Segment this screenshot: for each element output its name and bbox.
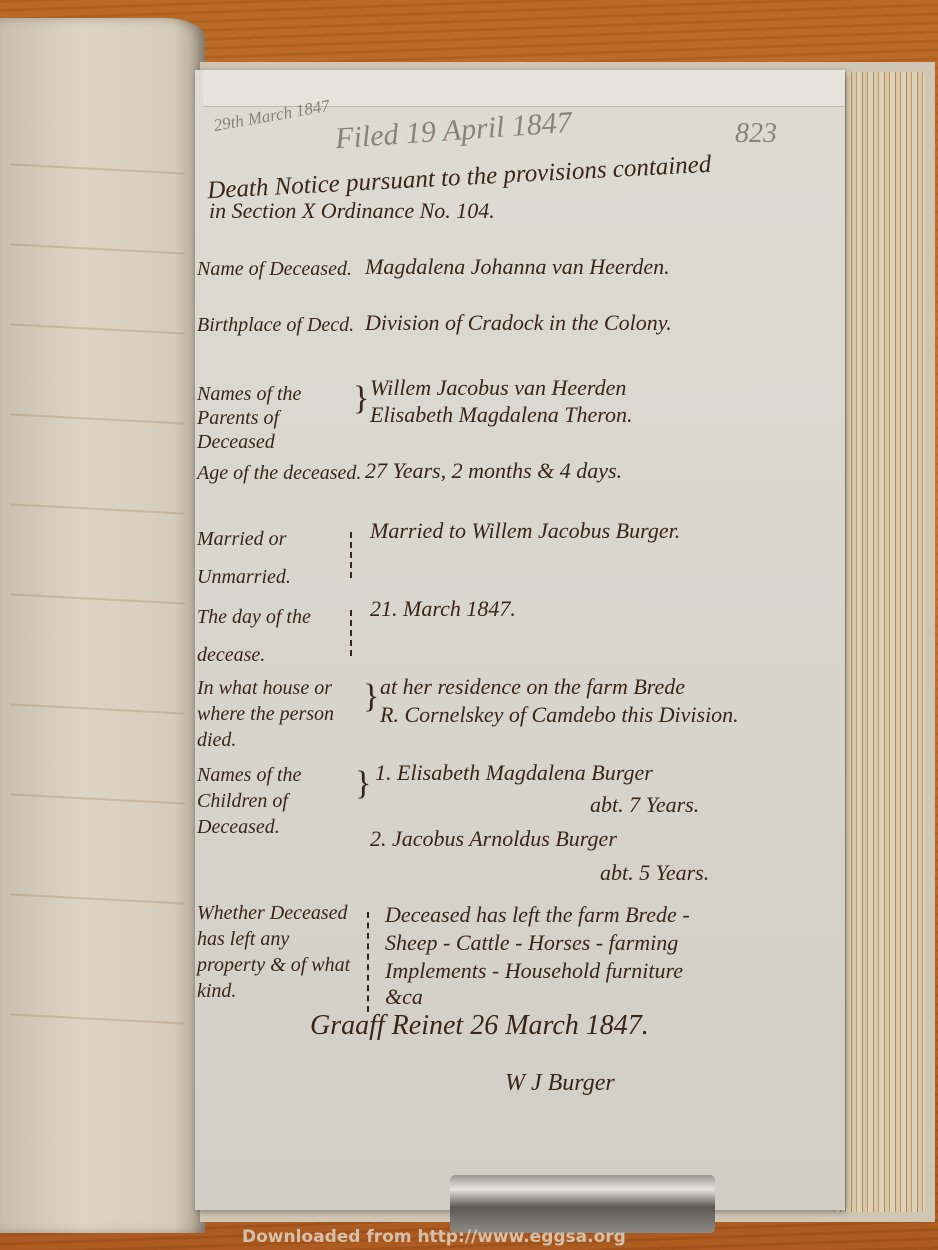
field-label-married: Married or Unmarried.: [197, 520, 327, 596]
field-value-property-1: Deceased has left the farm Brede -: [385, 902, 690, 928]
field-label-death-day: The day of the decease.: [197, 598, 327, 674]
field-value-property-2: Sheep - Cattle - Horses - farming: [385, 930, 678, 956]
field-label-name: Name of Deceased.: [197, 258, 352, 281]
wavy-brace-icon: [367, 912, 379, 1012]
source-watermark: Downloaded from http://www.eggsa.org: [242, 1227, 626, 1247]
field-label-age: Age of the deceased.: [197, 462, 361, 485]
field-label-parents: Names of the Parents of Deceased: [197, 382, 347, 454]
bleed-through-line: [10, 793, 185, 804]
field-value-property-3: Implements - Household furniture: [385, 958, 683, 984]
bleed-through-line: [10, 163, 185, 174]
bleed-through-line: [10, 893, 185, 904]
place-and-date: Graaff Reinet 26 March 1847.: [310, 1010, 649, 1042]
metal-page-clip: [450, 1175, 715, 1233]
field-label-children: Names of the Children of Deceased.: [197, 762, 357, 840]
folio-number: 823: [735, 118, 777, 150]
brace-icon: }: [355, 765, 371, 803]
bleed-through-line: [10, 503, 185, 514]
bleed-through-line: [10, 413, 185, 424]
field-value-property-4: &ca: [385, 984, 423, 1010]
field-value-child-1-age: abt. 7 Years.: [590, 792, 699, 818]
signature: W J Burger: [505, 1070, 615, 1097]
field-value-child-1: 1. Elisabeth Magdalena Burger: [375, 760, 653, 786]
bleed-through-line: [10, 243, 185, 254]
left-page: [0, 18, 205, 1233]
notice-subtitle: in Section X Ordinance No. 104.: [209, 198, 495, 224]
field-label-death-place: In what house or where the person died.: [197, 675, 367, 753]
field-value-mother: Elisabeth Magdalena Theron.: [370, 402, 633, 428]
field-value-death-place-2: R. Cornelskey of Camdebo this Division.: [380, 702, 739, 728]
field-value-name: Magdalena Johanna van Heerden.: [365, 254, 670, 280]
field-value-father: Willem Jacobus van Heerden: [370, 375, 626, 401]
bleed-through-line: [10, 323, 185, 334]
field-label-property: Whether Deceased has left any property &…: [197, 900, 357, 1004]
bleed-through-line: [10, 1013, 185, 1024]
field-value-death-day: 21. March 1847.: [370, 596, 516, 622]
bleed-through-line: [10, 593, 185, 604]
filed-date: Filed 19 April 1847: [334, 106, 573, 156]
field-value-birthplace: Division of Cradock in the Colony.: [365, 310, 672, 336]
field-label-birthplace: Birthplace of Decd.: [197, 314, 354, 337]
wavy-brace-icon: [350, 532, 362, 578]
field-value-age: 27 Years, 2 months & 4 days.: [365, 458, 622, 484]
wavy-brace-icon: [350, 610, 362, 656]
field-value-death-place-1: at her residence on the farm Brede: [380, 674, 685, 700]
death-notice-page: 29th March 1847 Filed 19 April 1847 823 …: [195, 70, 845, 1210]
bleed-through-line: [10, 703, 185, 714]
field-value-child-2: 2. Jacobus Arnoldus Burger: [370, 826, 617, 852]
brace-icon: }: [353, 380, 369, 418]
field-value-married: Married to Willem Jacobus Burger.: [370, 518, 680, 544]
brace-icon: }: [363, 678, 379, 716]
field-value-child-2-age: abt. 5 Years.: [600, 860, 709, 886]
